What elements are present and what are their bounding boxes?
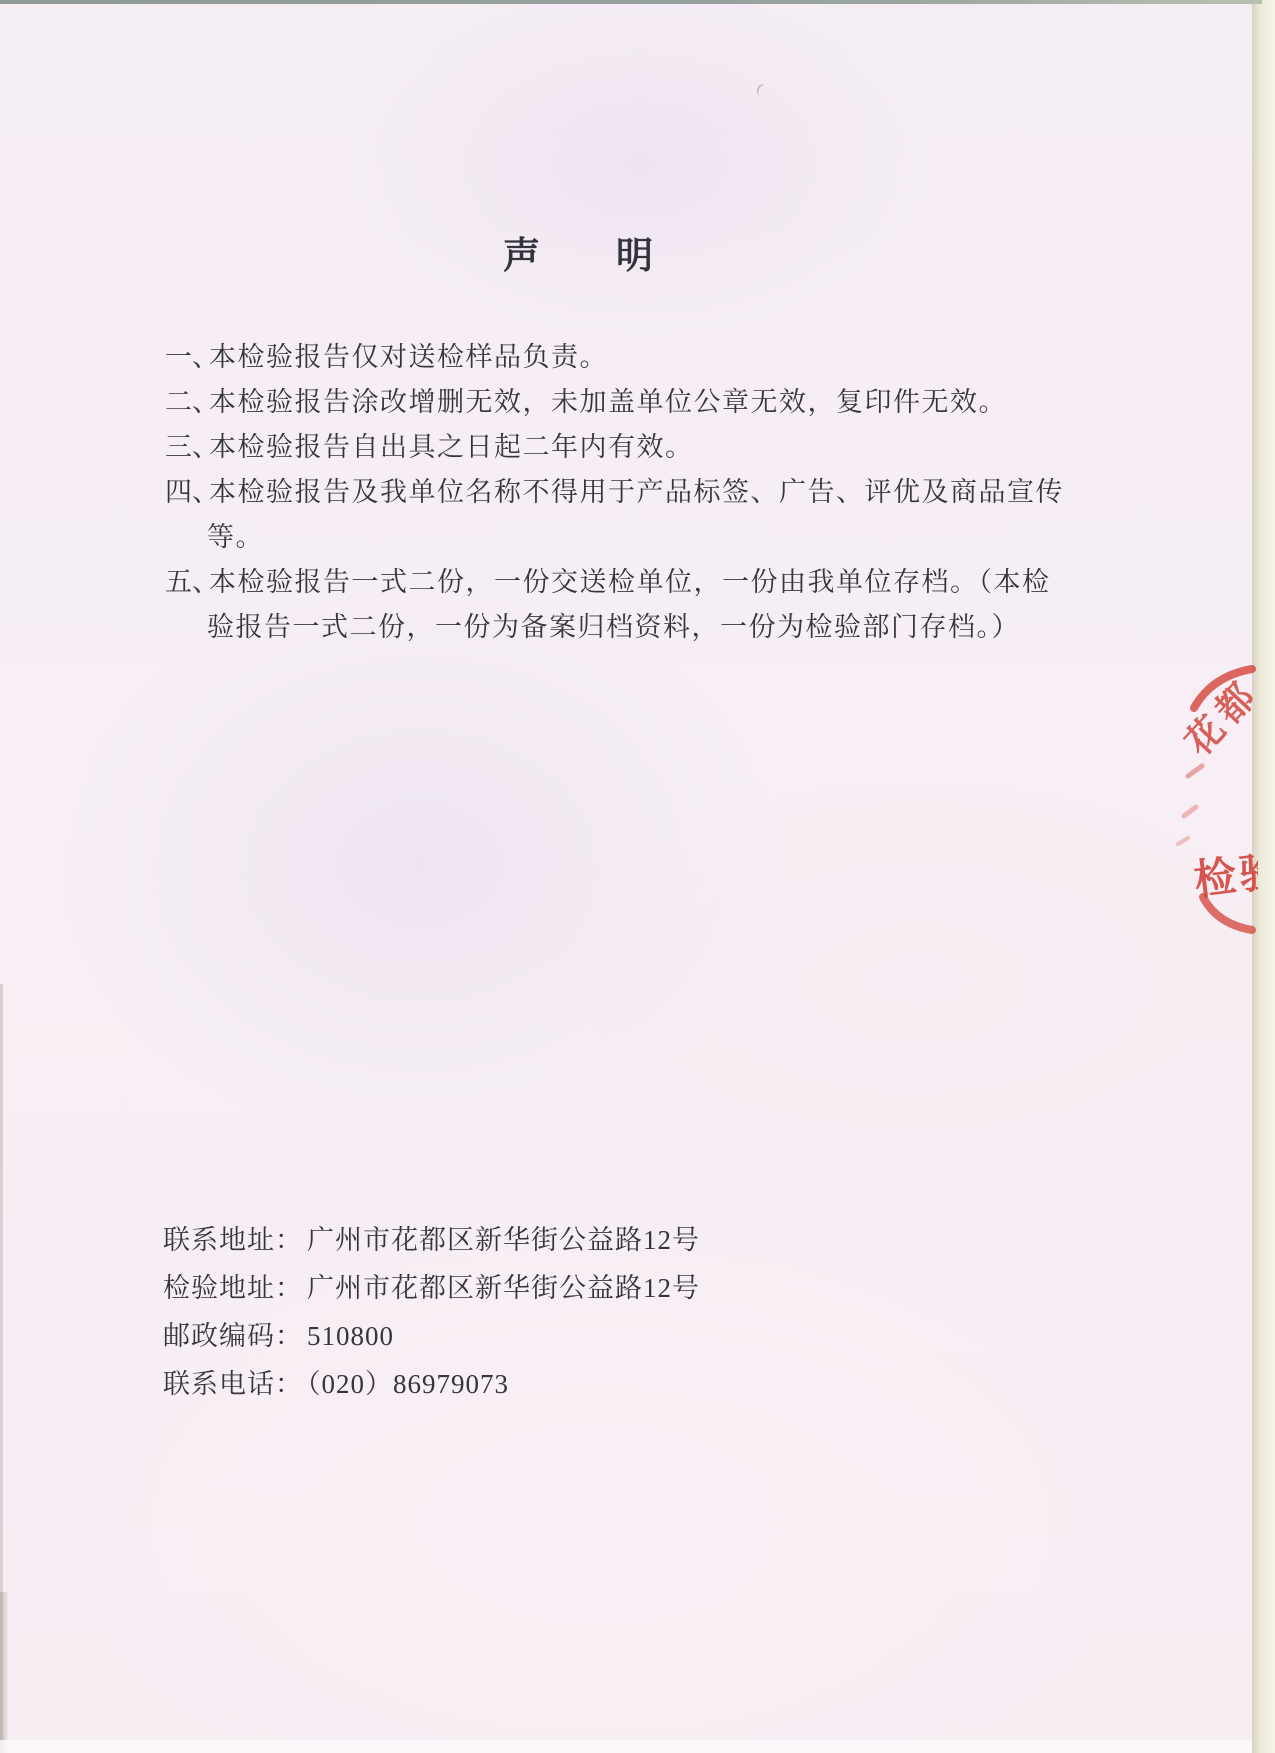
paper-bottom-edge bbox=[0, 1740, 1252, 1753]
declaration-item-1: 一、 本检验报告仅对送检样品负责。 bbox=[165, 335, 1145, 380]
item-text: 本检验报告自出具之日起二年内有效。 bbox=[209, 425, 694, 470]
stamp-inner-text: 检验 bbox=[1190, 837, 1258, 908]
contact-label: 检验地址： bbox=[163, 1273, 303, 1303]
contact-label: 邮政编码： bbox=[163, 1321, 303, 1351]
item-text: 等。 bbox=[207, 515, 264, 560]
declaration-item-4-continuation: 等。 bbox=[165, 515, 1145, 560]
scan-top-edge bbox=[0, 0, 1262, 4]
paper-sheet: 声明 一、 本检验报告仅对送检样品负责。 二、 本检验报告涂改增删无效，未加盖单… bbox=[0, 4, 1252, 1753]
page-title: 声明 bbox=[503, 225, 653, 279]
title-char-2: 明 bbox=[616, 236, 653, 277]
item-number: 二、 bbox=[165, 380, 209, 425]
paper-left-corner-shadow bbox=[0, 1592, 9, 1753]
contact-address-row: 联系地址：广州市花都区新华街公益路12号 bbox=[163, 1216, 700, 1264]
phone-row: 联系电话：（020）86979073 bbox=[163, 1360, 700, 1408]
postal-code-row: 邮政编码：510800 bbox=[163, 1312, 700, 1360]
item-text: 本检验报告仅对送检样品负责。 bbox=[209, 335, 608, 380]
contact-block: 联系地址：广州市花都区新华街公益路12号 检验地址：广州市花都区新华街公益路12… bbox=[163, 1216, 700, 1408]
item-text: 验报告一式二份，一份为备案归档资料，一份为检验部门存档。） bbox=[207, 605, 1020, 650]
declaration-item-4: 四、 本检验报告及我单位名称不得用于产品标签、广告、评优及商品宣传 bbox=[165, 470, 1145, 515]
contact-value: 广州市花都区新华街公益路12号 bbox=[307, 1225, 700, 1255]
declaration-list: 一、 本检验报告仅对送检样品负责。 二、 本检验报告涂改增删无效，未加盖单位公章… bbox=[165, 335, 1145, 650]
contact-label: 联系电话： bbox=[163, 1369, 303, 1399]
item-number: 一、 bbox=[165, 335, 209, 380]
item-text: 本检验报告涂改增删无效，未加盖单位公章无效，复印件无效。 bbox=[209, 380, 1007, 425]
inspection-stamp: 花都 检验 bbox=[1148, 656, 1258, 968]
contact-value: 广州市花都区新华街公益路12号 bbox=[307, 1273, 700, 1303]
scanned-page: 声明 一、 本检验报告仅对送检样品负责。 二、 本检验报告涂改增删无效，未加盖单… bbox=[0, 0, 1275, 1753]
item-number: 三、 bbox=[165, 425, 209, 470]
item-text: 本检验报告一式二份，一份交送检单位，一份由我单位存档。（本检 bbox=[209, 560, 1051, 605]
title-char-1: 声 bbox=[503, 236, 540, 277]
contact-value: （020）86979073 bbox=[307, 1369, 509, 1399]
inspection-address-row: 检验地址：广州市花都区新华街公益路12号 bbox=[163, 1264, 700, 1312]
contact-value: 510800 bbox=[307, 1321, 394, 1351]
declaration-item-5-continuation: 验报告一式二份，一份为备案归档资料，一份为检验部门存档。） bbox=[165, 605, 1145, 650]
scan-artifact-mark bbox=[755, 82, 771, 99]
item-number: 四、 bbox=[165, 470, 209, 515]
declaration-item-2: 二、 本检验报告涂改增删无效，未加盖单位公章无效，复印件无效。 bbox=[165, 380, 1145, 425]
item-text: 本检验报告及我单位名称不得用于产品标签、广告、评优及商品宣传 bbox=[209, 470, 1064, 515]
declaration-item-3: 三、 本检验报告自出具之日起二年内有效。 bbox=[165, 425, 1145, 470]
item-number: 五、 bbox=[165, 560, 209, 605]
contact-label: 联系地址： bbox=[163, 1225, 303, 1255]
declaration-item-5: 五、 本检验报告一式二份，一份交送检单位，一份由我单位存档。（本检 bbox=[165, 560, 1145, 605]
